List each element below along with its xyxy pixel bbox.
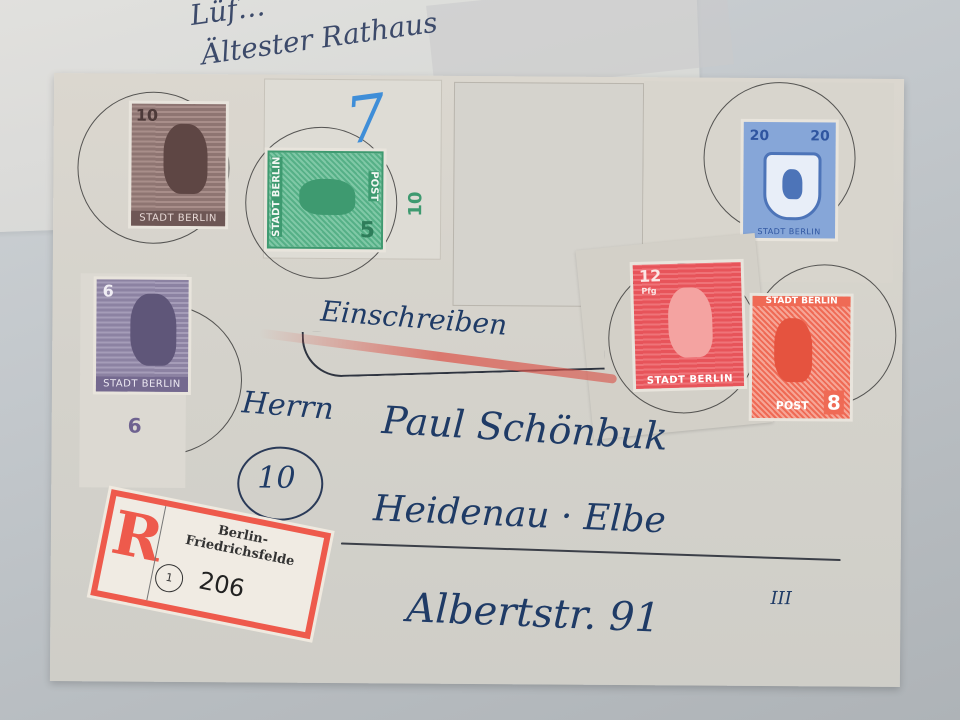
bear-icon bbox=[130, 294, 177, 366]
stamp-inscription: STADT BERLIN bbox=[131, 211, 225, 227]
stamp-side-text: POST bbox=[776, 399, 809, 412]
bear-icon bbox=[774, 318, 812, 382]
handwritten-street: Albertstr. 91 bbox=[406, 585, 662, 642]
stamp-inscription: STADT BERLIN bbox=[96, 376, 188, 392]
circled-number: 1 bbox=[153, 562, 186, 595]
stamp-subvalue: Pfg bbox=[641, 286, 656, 295]
envelope: 10 STADT BERLIN 5 STADT BERLIN POST 10 7… bbox=[50, 73, 904, 687]
stamp-inscription: STADT BERLIN bbox=[753, 296, 851, 307]
registration-number: 206 bbox=[197, 566, 247, 603]
stamp-5-green: 5 STADT BERLIN POST bbox=[267, 151, 384, 250]
stamp-value: 6 bbox=[103, 281, 114, 300]
stamp-inscription: STADT BERLIN bbox=[271, 157, 283, 237]
stamp-value: 8 bbox=[824, 390, 844, 414]
selvage-number: 6 bbox=[128, 414, 142, 438]
city-underline bbox=[341, 543, 841, 562]
stamp-value: 12 bbox=[639, 266, 662, 286]
selvage-number: 10 bbox=[405, 191, 426, 216]
stamp-value: 20 bbox=[810, 128, 830, 144]
stamp-8-red: STADT BERLIN 8 POST bbox=[752, 296, 851, 419]
stamp-value: 20 bbox=[750, 128, 770, 144]
stamp-6-violet: 6 STADT BERLIN bbox=[96, 279, 189, 392]
bear-icon bbox=[782, 169, 802, 199]
post-office: Berlin- Friedrichsfelde bbox=[170, 514, 313, 572]
postcode: 10 bbox=[257, 460, 295, 495]
stamp-side-text: POST bbox=[368, 171, 379, 201]
handwritten-city: Heidenau · Elbe bbox=[372, 488, 666, 541]
stamp-10-brown: 10 STADT BERLIN bbox=[131, 104, 226, 227]
stamp-12-red: 12 Pfg STADT BERLIN bbox=[633, 262, 744, 389]
bear-icon bbox=[299, 179, 355, 215]
handwritten-tick: III bbox=[770, 588, 791, 609]
stamp-value: 10 bbox=[136, 106, 158, 125]
stamp-20-blue: 20 20 STADT BERLIN bbox=[743, 122, 836, 239]
coat-of-arms-icon bbox=[763, 152, 821, 220]
handwritten-salutation: Herrn bbox=[241, 385, 335, 427]
circled-postcode: 10 bbox=[237, 446, 324, 521]
bear-icon bbox=[667, 287, 713, 358]
stamp-inscription: STADT BERLIN bbox=[743, 225, 835, 239]
stamp-value: 5 bbox=[360, 218, 375, 243]
stamp-inscription: STADT BERLIN bbox=[636, 371, 744, 389]
bear-icon bbox=[163, 124, 207, 194]
